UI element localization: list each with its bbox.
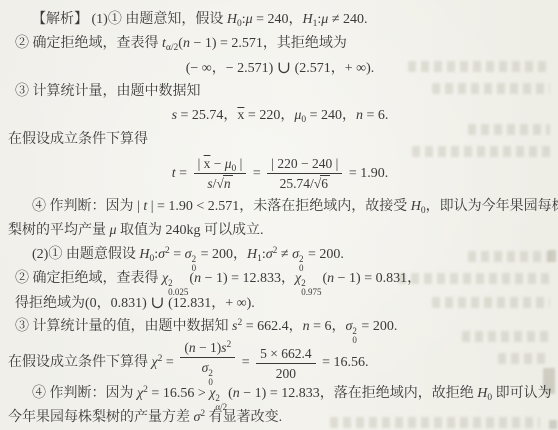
solution-line: ② 确定拒绝域，查表得 χ20.025(n − 1) = 12.833，χ20.… xyxy=(6,267,554,291)
solution-line: ③ 计算统计量的值，由题中数据知 s2 = 662.4，n = 6，σ20 = … xyxy=(6,315,554,339)
solution-line: ④ 作判断：因为 χ2 = 16.56 > χ2α/2(n − 1) = 12.… xyxy=(6,382,554,406)
solution-line: 今年果园每株梨树的产量方差 σ2 有显著改变. xyxy=(6,406,554,430)
solution-line: 得拒绝域为(0，0.831) ∪ (12.831，+ ∞). xyxy=(6,291,554,315)
solution-line: ② 确定拒绝域，查表得 tα/2(n − 1) = 2.571，其拒绝域为 xyxy=(6,32,554,56)
solution-line: ③ 计算统计量，由题中数据知 xyxy=(6,80,554,104)
solution-line: 梨树的平均产量 μ 取值为 240kg 可以成立. xyxy=(6,219,554,243)
solution-line: (− ∞，− 2.571) ∪ (2.571，+ ∞). xyxy=(6,56,554,80)
solution-line: (2)① 由题意假设 H0:σ2 = σ20 = 200，H1:σ2 ≠ σ20… xyxy=(6,243,554,267)
solution-text-block: 【解析】 (1)① 由题意知，假设 H0:μ = 240，H1:μ ≠ 240.… xyxy=(0,0,558,430)
solution-line: 【解析】 (1)① 由题意知，假设 H0:μ = 240，H1:μ ≠ 240. xyxy=(6,8,554,32)
solution-line: 在假设成立条件下算得 xyxy=(6,128,554,152)
solution-line: ④ 作判断：因为 | t | = 1.90 < 2.571，未落在拒绝域内，故接… xyxy=(6,195,554,219)
solution-line: t = | x − μ0 |s/√n = | 220 − 240 |25.74/… xyxy=(6,152,554,195)
scanned-textbook-solution-page: 【解析】 (1)① 由题意知，假设 H0:μ = 240，H1:μ ≠ 240.… xyxy=(0,0,558,430)
solution-line: s = 25.74，x = 220，μ0 = 240，n = 6. xyxy=(6,104,554,128)
solution-line: 在假设成立条件下算得 χ2 = (n − 1)s2σ20 = 5 × 662.4… xyxy=(6,339,554,382)
